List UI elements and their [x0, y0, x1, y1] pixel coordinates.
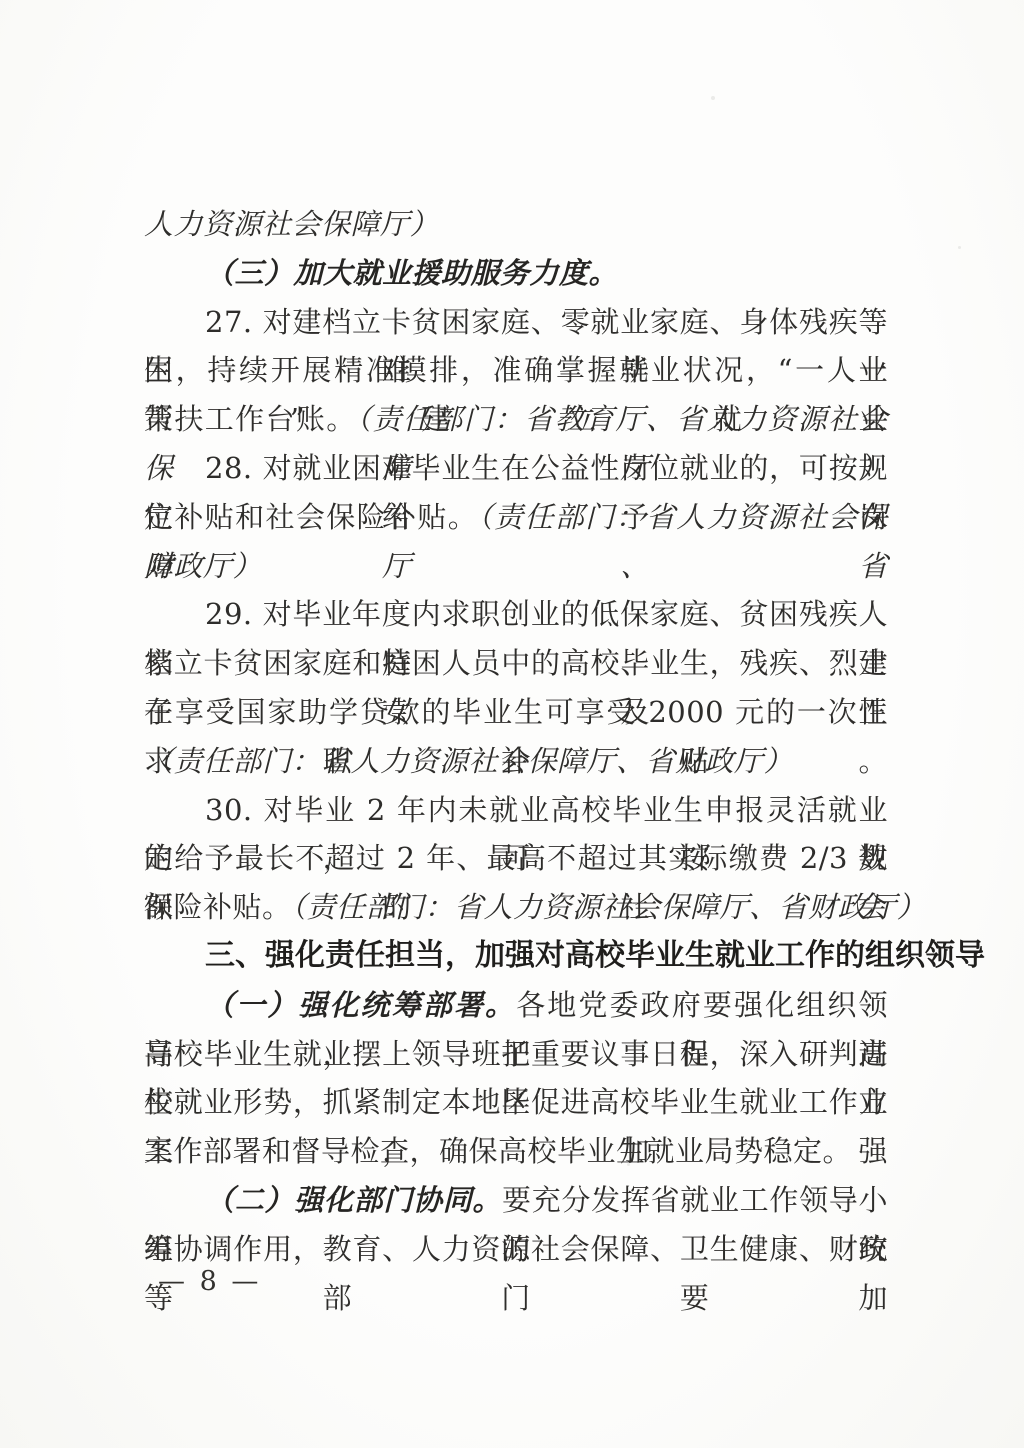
line-item27-3: 帮扶工作台账。（责任部门：省教育厅、省人力资源社会保障厅）	[144, 395, 888, 444]
line-item29-1: 29. 对毕业年度内求职创业的低保家庭、贫困残疾人家庭、建	[144, 590, 888, 639]
scan-speckle	[711, 96, 715, 100]
line-item30-3: 保险补贴。（责任部门：省人力资源社会保障厅、省财政厅）	[144, 883, 888, 932]
item30-body-tail: 保险补贴。	[144, 890, 292, 924]
line-section-heading: 三、强化责任担当，加强对高校毕业生就业工作的组织领导	[144, 932, 888, 981]
line-item28-1: 28. 对就业困难毕业生在公益性岗位就业的，可按规定给予岗	[144, 444, 888, 493]
page-number: — 8 —	[158, 1266, 261, 1297]
line-item30-1: 30. 对毕业 2 年内未就业高校毕业生申报灵活就业的，可按规	[144, 786, 888, 835]
document-body: 人力资源社会保障厅） （三）加大就业援助服务力度。 27. 对建档立卡贫困家庭、…	[144, 200, 888, 1274]
line-para-one-1: （一）强化统筹部署。各地党委政府要强化组织领导，把促进	[144, 981, 888, 1030]
line-item30-2: 定给予最长不超过 2 年、最高不超过其实际缴费 2/3 数额的社会	[144, 834, 888, 883]
line-para-two-1: （二）强化部门协同。要充分发挥省就业工作领导小组的统	[144, 1176, 888, 1225]
line-item27-1: 27. 对建档立卡贫困家庭、零就业家庭、身体残疾等困难毕业	[144, 298, 888, 347]
line-para-one-2: 高校毕业生就业摆上领导班子重要议事日程，深入研判高校毕业	[144, 1030, 888, 1079]
line-item28-2: 位补贴和社会保险补贴。（责任部门：省人力资源社会保障厅、省	[144, 493, 888, 542]
line-item29-4: （责任部门：省人力资源社会保障厅、省财政厅）	[144, 737, 888, 786]
line-item29-2: 档立卡贫困家庭和特困人员中的高校毕业生，残疾、烈士子女及正	[144, 639, 888, 688]
line-para-one-3: 生就业形势，抓紧制定本地区促进高校毕业生就业工作方案，加强	[144, 1078, 888, 1127]
scan-speckle	[958, 246, 961, 249]
scanned-document-page: 人力资源社会保障厅） （三）加大就业援助服务力度。 27. 对建档立卡贫困家庭、…	[0, 0, 1024, 1448]
item30-responsibility: （责任部门：省人力资源社会保障厅、省财政厅）	[292, 890, 927, 924]
line-heading3: （三）加大就业援助服务力度。	[144, 249, 888, 298]
para-one-lead: （一）强化统筹部署。	[205, 988, 516, 1022]
line-item29-3: 在享受国家助学贷款的毕业生可享受 2000 元的一次性求职补贴。	[144, 688, 888, 737]
line-continuation: 人力资源社会保障厅）	[144, 200, 888, 249]
line-para-one-4: 工作部署和督导检查，确保高校毕业生就业局势稳定。	[144, 1127, 888, 1176]
item27-body-tail: 帮扶工作台账。	[144, 402, 357, 436]
line-item27-2: 生，持续开展精准摸排，准确掌握就业状况，“一人一策”建立就业	[144, 346, 888, 395]
para-two-lead: （二）强化部门协同。	[205, 1183, 502, 1217]
item28-body-tail: 位补贴和社会保险补贴。	[144, 500, 478, 534]
